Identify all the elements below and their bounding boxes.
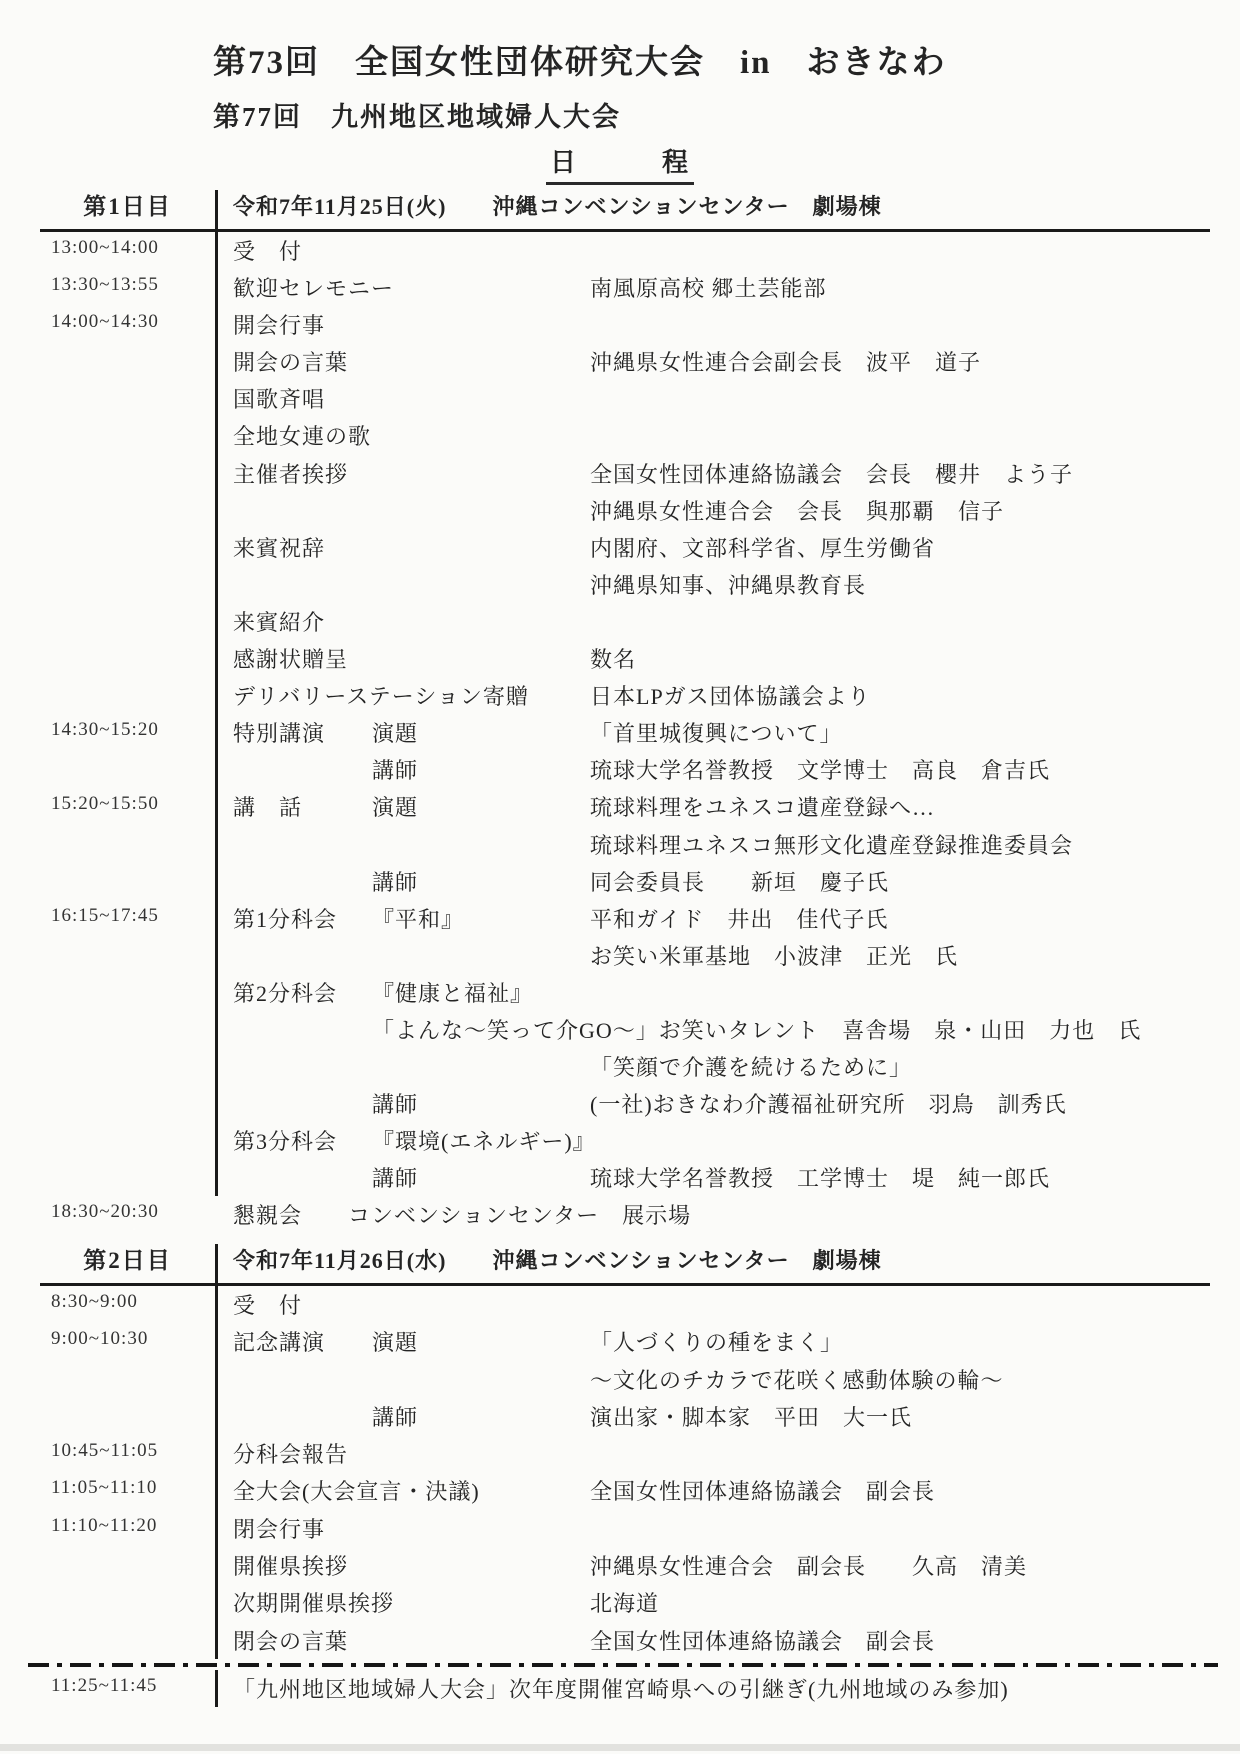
schedule-row: 講師琉球大学名誉教授 文学博士 高良 倉吉氏 (40, 751, 1210, 788)
row-activity: 第1分科会 (233, 903, 337, 934)
row-detail: 琉球大学名誉教授 文学博士 高良 倉吉氏 (590, 754, 1050, 785)
row-activity: 講 話 (233, 791, 302, 822)
schedule-row: 来賓紹介 (40, 603, 1210, 640)
schedule-row: 講師演出家・脚本家 平田 大一氏 (40, 1398, 1210, 1435)
schedule-row: 講師琉球大学名誉教授 工学博士 堤 純一郎氏 (40, 1159, 1210, 1196)
row-detail: 同会委員長 新垣 慶子氏 (590, 866, 889, 897)
dash-dot-divider (28, 1663, 1218, 1667)
row-activity: 次期開催県挨拶 (233, 1587, 394, 1618)
row-content: 閉会行事 (215, 1510, 1210, 1547)
row-detail: 全国女性団体連絡協議会 副会長 (590, 1475, 935, 1506)
row-content: 講師琉球大学名誉教授 工学博士 堤 純一郎氏 (215, 1159, 1210, 1196)
row-activity: 閉会の言葉 (233, 1625, 348, 1656)
row-time (40, 677, 215, 682)
row-sublabel: 『健康と福祉』 (372, 977, 533, 1008)
row-time: 11:05~11:10 (40, 1472, 215, 1499)
schedule-row: 18:30~20:30懇親会 コンベンションセンター 展示場 (40, 1196, 1210, 1240)
schedule-row: 国歌斉唱 (40, 380, 1210, 417)
row-detail: 日本LPガス団体協議会より (590, 680, 871, 711)
row-activity: 来賓祝辞 (233, 532, 325, 563)
row-detail: 南風原高校 郷土芸能部 (590, 272, 827, 303)
row-detail: 数名 (590, 643, 636, 674)
row-time: 14:00~14:30 (40, 306, 215, 333)
schedule-row: 〜文化のチカラで花咲く感動体験の輪〜 (40, 1361, 1210, 1398)
day1-rows: 13:00~14:00受 付13:30~13:55歓迎セレモニー南風原高校 郷土… (40, 232, 1210, 1240)
row-content: 開会の言葉沖縄県女性連合会副会長 波平 道子 (215, 343, 1210, 380)
row-time: 10:45~11:05 (40, 1435, 215, 1462)
row-detail: 〜文化のチカラで花咲く感動体験の輪〜 (590, 1364, 1004, 1395)
schedule-row: デリバリーステーション寄贈日本LPガス団体協議会より (40, 677, 1210, 714)
row-time: 16:15~17:45 (40, 900, 215, 927)
row-content: 全大会(大会宣言・決議)全国女性団体連絡協議会 副会長 (215, 1472, 1210, 1509)
row-time (40, 1361, 215, 1366)
row-time (40, 1584, 215, 1589)
row-time: 11:25~11:45 (40, 1670, 215, 1697)
row-activity: 第2分科会 (233, 977, 337, 1008)
row-content: お笑い米軍基地 小波津 正光 氏 (215, 937, 1210, 974)
schedule-row: 「よんな〜笑って介GO〜」お笑いタレント 喜舎場 泉・山田 力也 氏 (40, 1011, 1210, 1048)
row-sublabel: 講師 (372, 1088, 418, 1119)
day1-schedule-table: 第1日目 令和7年11月25日(火) 沖縄コンベンションセンター 劇場棟 13:… (40, 190, 1210, 1240)
scan-edge-artifact (0, 1744, 1240, 1751)
schedule-row: 14:00~14:30開会行事 (40, 306, 1210, 343)
row-sublabel: 演題 (372, 791, 418, 822)
sub-title: 第77回 九州地区地域婦人大会 (213, 95, 947, 134)
schedule-row: 11:05~11:10全大会(大会宣言・決議)全国女性団体連絡協議会 副会長 (40, 1472, 1210, 1509)
row-time (40, 751, 215, 756)
row-time: 15:20~15:50 (40, 788, 215, 815)
row-time (40, 1159, 215, 1164)
schedule-heading: 日 程 (546, 142, 694, 185)
day2-header-row: 第2日目 令和7年11月26日(水) 沖縄コンベンションセンター 劇場棟 (40, 1244, 1210, 1286)
row-content: 懇親会 コンベンションセンター 展示場 (215, 1196, 1210, 1240)
row-time (40, 1048, 215, 1053)
row-activity: デリバリーステーション寄贈 (233, 680, 529, 711)
row-content: 次期開催県挨拶北海道 (215, 1584, 1210, 1621)
row-content: 〜文化のチカラで花咲く感動体験の輪〜 (215, 1361, 1210, 1398)
row-content: 国歌斉唱 (215, 380, 1210, 417)
row-content: 分科会報告 (215, 1435, 1210, 1472)
row-content: 琉球料理ユネスコ無形文化遺産登録推進委員会 (215, 826, 1210, 863)
row-time (40, 566, 215, 571)
row-content: 閉会の言葉全国女性団体連絡協議会 副会長 (215, 1622, 1210, 1659)
schedule-row: 9:00~10:30記念講演演題「人づくりの種をまく」 (40, 1323, 1210, 1360)
day2-rows: 8:30~9:00受 付9:00~10:30記念講演演題「人づくりの種をまく」〜… (40, 1286, 1210, 1659)
row-detail: (一社)おきなわ介護福祉研究所 羽鳥 訓秀氏 (590, 1088, 1067, 1119)
row-detail: 北海道 (590, 1587, 659, 1618)
schedule-row: 開会の言葉沖縄県女性連合会副会長 波平 道子 (40, 343, 1210, 380)
row-detail: 内閣府、文部科学省、厚生労働省 (590, 532, 935, 563)
row-content: 主催者挨拶全国女性団体連絡協議会 会長 櫻井 よう子 (215, 455, 1210, 492)
row-content: 第2分科会『健康と福祉』 (215, 974, 1210, 1011)
row-time (40, 1085, 215, 1090)
day2-date-venue: 令和7年11月26日(水) 沖縄コンベンションセンター 劇場棟 (215, 1244, 1210, 1283)
schedule-row: 開催県挨拶沖縄県女性連合会 副会長 久高 清美 (40, 1547, 1210, 1584)
row-detail: 「笑顔で介護を続けるために」 (590, 1051, 912, 1082)
row-sublabel: 講師 (372, 1162, 418, 1193)
row-activity: 記念講演 (233, 1326, 325, 1357)
schedule-row: 15:20~15:50講 話演題琉球料理をユネスコ遺産登録へ… (40, 788, 1210, 825)
schedule-row: 沖縄県女性連合会 会長 與那覇 信子 (40, 492, 1210, 529)
row-time: 11:10~11:20 (40, 1510, 215, 1537)
schedule-row: 13:00~14:00受 付 (40, 232, 1210, 269)
day2-label: 第2日目 (40, 1244, 215, 1283)
schedule-row: 講師同会委員長 新垣 慶子氏 (40, 863, 1210, 900)
row-detail: 沖縄県女性連合会 副会長 久高 清美 (590, 1550, 1027, 1581)
schedule-row: 主催者挨拶全国女性団体連絡協議会 会長 櫻井 よう子 (40, 455, 1210, 492)
row-content: 歓迎セレモニー南風原高校 郷土芸能部 (215, 269, 1210, 306)
schedule-row: 14:30~15:20特別講演演題「首里城復興について」 (40, 714, 1210, 751)
row-time (40, 603, 215, 608)
schedule-row: 感謝状贈呈数名 (40, 640, 1210, 677)
row-content: 第1分科会『平和』平和ガイド 井出 佳代子氏 (215, 900, 1210, 937)
schedule-row: 13:30~13:55歓迎セレモニー南風原高校 郷土芸能部 (40, 269, 1210, 306)
row-time (40, 640, 215, 645)
row-time: 8:30~9:00 (40, 1286, 215, 1313)
schedule-row: 講師(一社)おきなわ介護福祉研究所 羽鳥 訓秀氏 (40, 1085, 1210, 1122)
row-content: 開催県挨拶沖縄県女性連合会 副会長 久高 清美 (215, 1547, 1210, 1584)
row-time (40, 492, 215, 497)
row-detail: 沖縄県女性連合会 会長 與那覇 信子 (590, 495, 1004, 526)
row-detail: 琉球大学名誉教授 工学博士 堤 純一郎氏 (590, 1162, 1050, 1193)
row-time: 13:00~14:00 (40, 232, 215, 259)
row-content: 特別講演演題「首里城復興について」 (215, 714, 1210, 751)
row-detail: 全国女性団体連絡協議会 副会長 (590, 1625, 935, 1656)
row-detail: 沖縄県女性連合会副会長 波平 道子 (590, 346, 981, 377)
row-sublabel: 「よんな〜笑って介GO〜」お笑いタレント 喜舎場 泉・山田 力也 氏 (372, 1014, 1141, 1045)
handover-row: 11:25~11:45 「九州地区地域婦人大会」次年度開催宮崎県への引継ぎ(九州… (40, 1670, 1210, 1707)
day1-label: 第1日目 (40, 190, 215, 229)
row-activity: 全地女連の歌 (233, 420, 371, 451)
row-sublabel: 講師 (372, 754, 418, 785)
schedule-row: 11:10~11:20閉会行事 (40, 1510, 1210, 1547)
row-content: 講師同会委員長 新垣 慶子氏 (215, 863, 1210, 900)
row-time (40, 1547, 215, 1552)
row-time (40, 455, 215, 460)
schedule-row: 次期開催県挨拶北海道 (40, 1584, 1210, 1621)
row-time (40, 380, 215, 385)
row-sublabel: 『平和』 (372, 903, 464, 934)
schedule-heading-wrap: 日 程 (0, 142, 1240, 185)
schedule-row: 10:45~11:05分科会報告 (40, 1435, 1210, 1472)
row-activity: 国歌斉唱 (233, 383, 325, 414)
row-time (40, 826, 215, 831)
row-content: 沖縄県女性連合会 会長 與那覇 信子 (215, 492, 1210, 529)
row-content: デリバリーステーション寄贈日本LPガス団体協議会より (215, 677, 1210, 714)
row-activity: 懇親会 コンベンションセンター 展示場 (233, 1199, 691, 1230)
row-content: 全地女連の歌 (215, 417, 1210, 454)
row-activity: 開催県挨拶 (233, 1550, 348, 1581)
schedule-row: 第2分科会『健康と福祉』 (40, 974, 1210, 1011)
row-activity: 来賓紹介 (233, 606, 325, 637)
row-sublabel: 講師 (372, 866, 418, 897)
row-time (40, 1122, 215, 1127)
schedule-row: 沖縄県知事、沖縄県教育長 (40, 566, 1210, 603)
schedule-row: 「笑顔で介護を続けるために」 (40, 1048, 1210, 1085)
row-time: 13:30~13:55 (40, 269, 215, 296)
row-content: 開会行事 (215, 306, 1210, 343)
row-content: 「九州地区地域婦人大会」次年度開催宮崎県への引継ぎ(九州地域のみ参加) (215, 1670, 1210, 1707)
row-content: 講 話演題琉球料理をユネスコ遺産登録へ… (215, 788, 1210, 825)
schedule-row: 来賓祝辞内閣府、文部科学省、厚生労働省 (40, 529, 1210, 566)
row-content: 受 付 (215, 1286, 1210, 1323)
row-time (40, 417, 215, 422)
row-detail: お笑い米軍基地 小波津 正光 氏 (590, 940, 958, 971)
row-content: 来賓紹介 (215, 603, 1210, 640)
row-content: 記念講演演題「人づくりの種をまく」 (215, 1323, 1210, 1360)
row-detail: 琉球料理をユネスコ遺産登録へ… (590, 791, 935, 822)
row-time (40, 529, 215, 534)
schedule-row: 琉球料理ユネスコ無形文化遺産登録推進委員会 (40, 826, 1210, 863)
schedule-row: 閉会の言葉全国女性団体連絡協議会 副会長 (40, 1622, 1210, 1659)
row-content: 講師琉球大学名誉教授 文学博士 高良 倉吉氏 (215, 751, 1210, 788)
row-time: 14:30~15:20 (40, 714, 215, 741)
row-activity: 受 付 (233, 235, 302, 266)
row-activity: 開会行事 (233, 309, 325, 340)
row-sublabel: 演題 (372, 1326, 418, 1357)
row-sublabel: 講師 (372, 1401, 418, 1432)
row-activity: 歓迎セレモニー (233, 272, 394, 303)
day1-header-row: 第1日目 令和7年11月25日(火) 沖縄コンベンションセンター 劇場棟 (40, 190, 1210, 232)
row-content: 講師(一社)おきなわ介護福祉研究所 羽鳥 訓秀氏 (215, 1085, 1210, 1122)
row-content: 来賓祝辞内閣府、文部科学省、厚生労働省 (215, 529, 1210, 566)
row-activity: 閉会行事 (233, 1513, 325, 1544)
row-content: 「笑顔で介護を続けるために」 (215, 1048, 1210, 1085)
row-detail: 演出家・脚本家 平田 大一氏 (590, 1401, 912, 1432)
handover-text: 「九州地区地域婦人大会」次年度開催宮崎県への引継ぎ(九州地域のみ参加) (233, 1673, 1009, 1704)
schedule-row: 全地女連の歌 (40, 417, 1210, 454)
row-sublabel: 演題 (372, 717, 418, 748)
main-title: 第73回 全国女性団体研究大会 in おきなわ (213, 36, 947, 83)
row-activity: 受 付 (233, 1289, 302, 1320)
row-detail: 沖縄県知事、沖縄県教育長 (590, 569, 866, 600)
row-content: 「よんな〜笑って介GO〜」お笑いタレント 喜舎場 泉・山田 力也 氏 (215, 1011, 1210, 1048)
schedule-row: お笑い米軍基地 小波津 正光 氏 (40, 937, 1210, 974)
row-detail: 琉球料理ユネスコ無形文化遺産登録推進委員会 (590, 829, 1073, 860)
row-detail: 全国女性団体連絡協議会 会長 櫻井 よう子 (590, 458, 1073, 489)
schedule-row: 16:15~17:45第1分科会『平和』平和ガイド 井出 佳代子氏 (40, 900, 1210, 937)
row-time (40, 343, 215, 348)
row-content: 講師演出家・脚本家 平田 大一氏 (215, 1398, 1210, 1435)
row-detail: 平和ガイド 井出 佳代子氏 (590, 903, 888, 934)
row-sublabel: 『環境(エネルギー)』 (372, 1125, 596, 1156)
row-activity: 感謝状贈呈 (233, 643, 348, 674)
row-activity: 主催者挨拶 (233, 458, 348, 489)
row-time (40, 1011, 215, 1016)
row-content: 受 付 (215, 232, 1210, 269)
day2-schedule-table: 第2日目 令和7年11月26日(水) 沖縄コンベンションセンター 劇場棟 8:3… (40, 1244, 1210, 1707)
row-time (40, 863, 215, 868)
row-activity: 特別講演 (233, 717, 325, 748)
row-time: 18:30~20:30 (40, 1196, 215, 1223)
row-content: 第3分科会『環境(エネルギー)』 (215, 1122, 1210, 1159)
row-time (40, 1622, 215, 1627)
row-detail: 「首里城復興について」 (590, 717, 843, 748)
document-title-block: 第73回 全国女性団体研究大会 in おきなわ 第77回 九州地区地域婦人大会 (213, 36, 947, 134)
row-time: 9:00~10:30 (40, 1323, 215, 1350)
day1-date-venue: 令和7年11月25日(火) 沖縄コンベンションセンター 劇場棟 (215, 190, 1210, 229)
row-content: 感謝状贈呈数名 (215, 640, 1210, 677)
row-activity: 分科会報告 (233, 1438, 348, 1469)
row-activity: 第3分科会 (233, 1125, 337, 1156)
row-time (40, 937, 215, 942)
row-content: 沖縄県知事、沖縄県教育長 (215, 566, 1210, 603)
row-activity: 全大会(大会宣言・決議) (233, 1475, 480, 1506)
row-time (40, 1398, 215, 1403)
row-activity: 開会の言葉 (233, 346, 348, 377)
schedule-row: 8:30~9:00受 付 (40, 1286, 1210, 1323)
row-time (40, 974, 215, 979)
schedule-row: 第3分科会『環境(エネルギー)』 (40, 1122, 1210, 1159)
row-detail: 「人づくりの種をまく」 (590, 1326, 843, 1357)
